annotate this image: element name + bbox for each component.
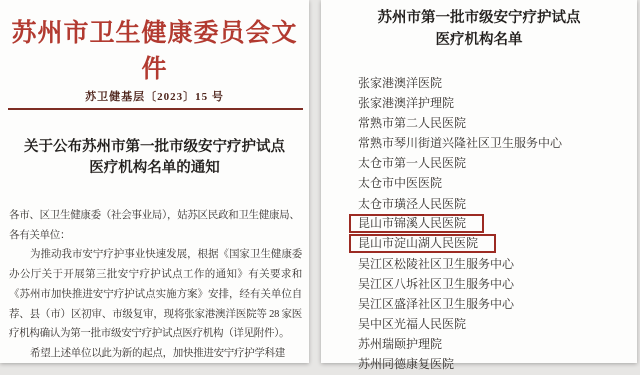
list-title-line1: 苏州市第一批市级安宁疗护试点 bbox=[321, 7, 637, 29]
list-title: 苏州市第一批市级安宁疗护试点 医疗机构名单 bbox=[321, 7, 637, 51]
institution-name: 太仓市中医医院 bbox=[358, 176, 442, 190]
list-item: 张家港澳洋医院 bbox=[358, 73, 633, 93]
list-item: 太仓市第一人民医院 bbox=[358, 153, 633, 173]
institution-name: 昆山市淀山湖人民医院 bbox=[358, 236, 478, 250]
list-item: 吴江区八坼社区卫生服务中心 bbox=[358, 274, 633, 294]
list-item: 苏州瑞颐护理院 bbox=[358, 334, 633, 354]
list-item: 吴江区盛泽社区卫生服务中心 bbox=[358, 294, 633, 314]
notice-document-page: 苏州市卫生健康委员会文件 苏卫健基层〔2023〕15 号 关于公布苏州市第一批市… bbox=[0, 0, 309, 363]
red-divider-rule bbox=[8, 108, 303, 110]
institution-name: 苏州同德康复医院 bbox=[358, 357, 454, 371]
salutation-line2: 各有关单位： bbox=[9, 226, 302, 246]
list-item: 张家港澳洋护理院 bbox=[358, 93, 633, 113]
salutation-line1: 各市、区卫生健康委（社会事业局），姑苏区民政和卫生健康局、 bbox=[9, 206, 302, 226]
notice-title-line2: 医疗机构名单的通知 bbox=[10, 158, 299, 179]
institution-name: 吴江区盛泽社区卫生服务中心 bbox=[358, 297, 514, 311]
institution-list-page: 苏州市第一批市级安宁疗护试点 医疗机构名单 张家港澳洋医院 张家港澳洋护理院 常… bbox=[321, 0, 637, 363]
notice-title-line1: 关于公布苏州市第一批市级安宁疗护试点 bbox=[10, 137, 299, 158]
list-item: 苏州同德康复医院 bbox=[358, 354, 633, 374]
notice-body: 各市、区卫生健康委（社会事业局），姑苏区民政和卫生健康局、 各有关单位： 为推动… bbox=[9, 206, 302, 364]
institution-name: 张家港澳洋医院 bbox=[358, 76, 442, 90]
institution-name: 吴江区八坼社区卫生服务中心 bbox=[358, 277, 514, 291]
institution-name: 常熟市第二人民医院 bbox=[358, 116, 466, 130]
list-item: 吴中区光福人民医院 bbox=[358, 314, 633, 334]
institution-name: 吴中区光福人民医院 bbox=[358, 317, 466, 331]
institution-name: 昆山市锦溪人民医院 bbox=[358, 216, 466, 230]
institution-name: 太仓市璜泾人民医院 bbox=[358, 197, 466, 211]
list-item: 常熟市琴川街道兴隆社区卫生服务中心 bbox=[358, 133, 633, 153]
body-paragraph-2: 希望上述单位以此为新的起点，加快推进安宁疗护学科建 bbox=[9, 344, 302, 364]
list-item-highlighted: 昆山市锦溪人民医院 bbox=[358, 214, 633, 234]
institution-name: 常熟市琴川街道兴隆社区卫生服务中心 bbox=[358, 136, 562, 150]
institution-name: 苏州瑞颐护理院 bbox=[358, 337, 442, 351]
document-viewer: 苏州市卫生健康委员会文件 苏卫健基层〔2023〕15 号 关于公布苏州市第一批市… bbox=[0, 0, 640, 375]
list-title-line2: 医疗机构名单 bbox=[321, 29, 637, 51]
institution-name: 张家港澳洋护理院 bbox=[358, 96, 454, 110]
red-highlight-box: 昆山市锦溪人民医院 bbox=[349, 214, 484, 233]
red-highlight-box: 昆山市淀山湖人民医院 bbox=[349, 234, 496, 253]
document-header-red: 苏州市卫生健康委员会文件 bbox=[0, 13, 309, 85]
list-item: 太仓市中医医院 bbox=[358, 173, 633, 193]
body-paragraph-1: 为推动我市安宁疗护事业快速发展，根据《国家卫生健康委办公厅关于开展第三批安宁疗护… bbox=[9, 245, 302, 344]
institution-list: 张家港澳洋医院 张家港澳洋护理院 常熟市第二人民医院 常熟市琴川街道兴隆社区卫生… bbox=[358, 73, 633, 374]
list-item: 太仓市璜泾人民医院 bbox=[358, 194, 633, 214]
document-number: 苏卫健基层〔2023〕15 号 bbox=[0, 88, 309, 104]
institution-name: 太仓市第一人民医院 bbox=[358, 156, 466, 170]
list-item: 常熟市第二人民医院 bbox=[358, 113, 633, 133]
list-item-highlighted: 昆山市淀山湖人民医院 bbox=[358, 234, 633, 254]
institution-name: 吴江区松陵社区卫生服务中心 bbox=[358, 257, 514, 271]
notice-title: 关于公布苏州市第一批市级安宁疗护试点 医疗机构名单的通知 bbox=[10, 137, 299, 179]
list-item: 吴江区松陵社区卫生服务中心 bbox=[358, 254, 633, 274]
